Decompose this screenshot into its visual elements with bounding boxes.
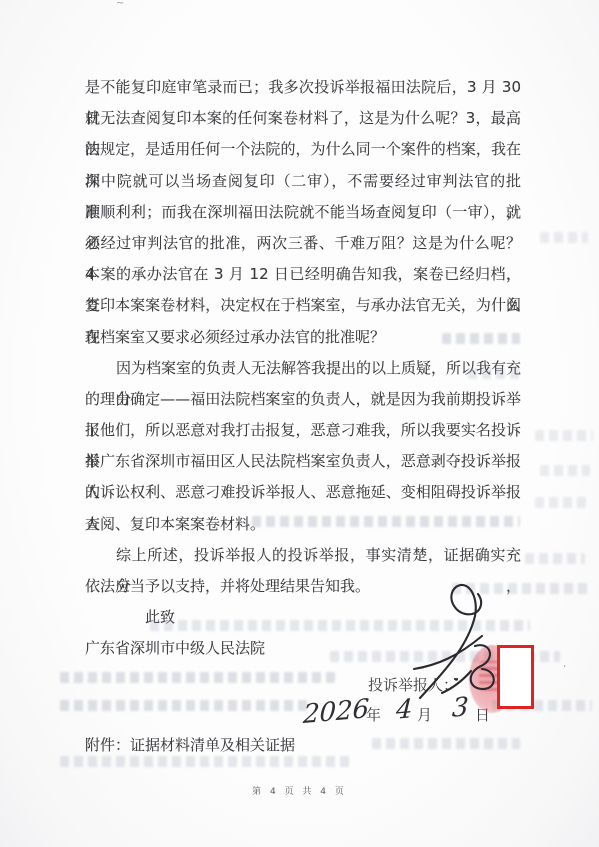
body-line: 是不能复印庭审笔录而已；我多次投诉举报福田法院后，3 月 30 日，	[85, 72, 521, 103]
scan-speck: ’	[563, 664, 566, 675]
closing-line: 综上所述，投诉举报人的投诉举报，事实清楚，证据确实充分，	[85, 540, 521, 571]
bleed-through-smudge	[60, 700, 310, 711]
date-year-unit: 年	[366, 704, 381, 725]
body-line: 本案的承办法官在 3 月 12 日已经明确告知我，案卷已经归档，查阅	[85, 259, 521, 290]
page-number-footer: 第 4 页 共 4 页	[0, 784, 599, 797]
body-line: 了他们，所以恶意对我打击报复，恶意刁难我，所以我要实名投诉举	[85, 415, 521, 446]
body-line: 报广东省深圳市福田区人民法院档案室负责人，恶意剥夺投诉举报人	[85, 446, 521, 477]
attachment-line: 附件：证据材料清单及相关证据	[85, 734, 295, 755]
bleed-through-smudge	[442, 333, 520, 344]
bleed-through-smudge	[372, 738, 520, 749]
handwritten-signature	[412, 576, 510, 712]
body-line: 的规定，是适用任何一个法院的，为什么同一个案件的档案，我在深	[85, 134, 521, 165]
bleed-through-smudge	[540, 232, 588, 243]
body-line: 就无法查阅复印本案的任何案卷材料了，这是为什么呢？3，最高法	[85, 103, 521, 134]
date-month-handwritten: 4	[395, 694, 413, 726]
scan-speck: ~	[116, 0, 124, 9]
body-line: 因为档案室的负责人无法解答我提出的以上质疑，所以我有充分	[85, 353, 521, 384]
bleed-through-smudge	[60, 672, 335, 683]
bleed-through-smudge	[535, 497, 590, 508]
body-line: 顺顺利利；而我在深圳福田法院就不能当场查阅复印（一审），就必	[85, 197, 521, 228]
bleed-through-smudge	[468, 368, 520, 379]
bleed-through-smudge	[535, 430, 593, 441]
bleed-through-smudge	[540, 465, 590, 476]
bleed-through-smudge	[252, 516, 520, 527]
body-line: 的理由确定——福田法院档案室的负责人，就是因为我前期投诉举报	[85, 384, 521, 415]
body-line: 须经过审判法官的批准，两次三番、千难万阻？这是为什么呢？4，	[85, 228, 521, 259]
bleed-through-smudge	[525, 553, 585, 564]
body-line: 复印本案案卷材料，决定权在于档案室，与承办法官无关，为什么现	[85, 290, 521, 321]
body-line: 圳中院就可以当场查阅复印（二审），不需要经过审判法官的批准，	[85, 166, 521, 197]
body-line: 的诉讼权利、恶意刁难投诉举报人、恶意拖延、变相阻碍投诉举报人	[85, 477, 521, 508]
date-year-handwritten: 2026	[302, 694, 370, 730]
redaction-box	[497, 645, 534, 709]
scanned-document-page: 是不能复印庭审笔录而已；我多次投诉举报福田法院后，3 月 30 日， 就无法查阅…	[0, 0, 599, 847]
bleed-through-smudge	[60, 756, 350, 767]
